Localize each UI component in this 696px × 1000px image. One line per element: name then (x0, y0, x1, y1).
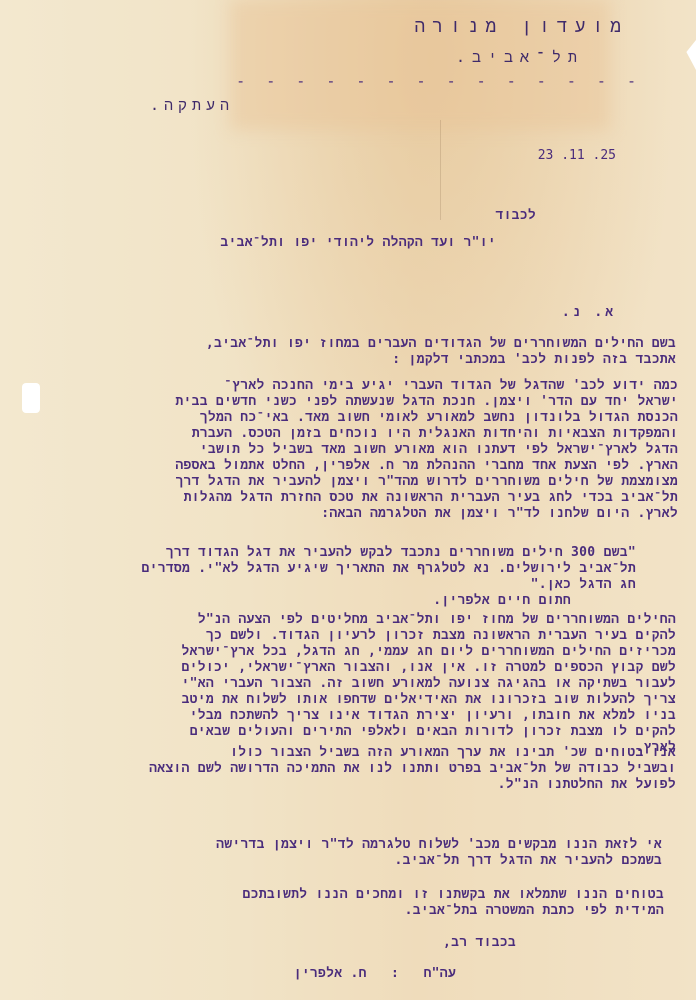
letterhead-organization: מועדון מנורה (414, 16, 628, 38)
recipient: יו"ר ועד הקהלה ליהודי יפו ותל־אביב (220, 235, 496, 251)
letterhead-city: תל־אביב. (456, 48, 584, 67)
closing: בכבוד רב, (443, 935, 516, 951)
telegram-quote: "בשם 300 חילים משוחררים נתכבד לבקש להעבי… (142, 545, 636, 609)
body-paragraph-5: אי לזאת הננו מבקשים מכב' לשלוח טלגרמה לד… (216, 837, 662, 869)
letterhead-divider: - - - - - - - - - - - - - - (236, 72, 642, 90)
body-paragraph-1: בשם החילים המשוחררים של הגדודים העברים ב… (206, 336, 676, 368)
greeting: א. נ. (562, 305, 616, 321)
salutation: לכבוד (495, 208, 536, 224)
copy-label: העתקה. (150, 96, 234, 115)
signature: עה"ח : ח. אלפרין (294, 966, 456, 982)
letter-date: 23 .11 .25 (538, 148, 616, 163)
body-paragraph-3: החילים המשוחררים של מחוז יפו ותל־אביב מח… (182, 612, 676, 756)
body-paragraph-6: בטוחים הננו שתמלאו את בקשתנו זו ומחכים ה… (243, 887, 664, 919)
paper-hole (22, 383, 40, 413)
document-page: מועדון מנורה תל־אביב. - - - - - - - - - … (0, 0, 696, 1000)
paper-tear (684, 40, 696, 70)
body-paragraph-2: כמה ידוע לכב' שהדגל של הגדוד העברי יגיע … (175, 378, 678, 522)
paper-fold (440, 120, 441, 220)
body-paragraph-4: אנו בטוחים שכ' תבינו את ערך המאורע הזה ב… (149, 745, 676, 793)
